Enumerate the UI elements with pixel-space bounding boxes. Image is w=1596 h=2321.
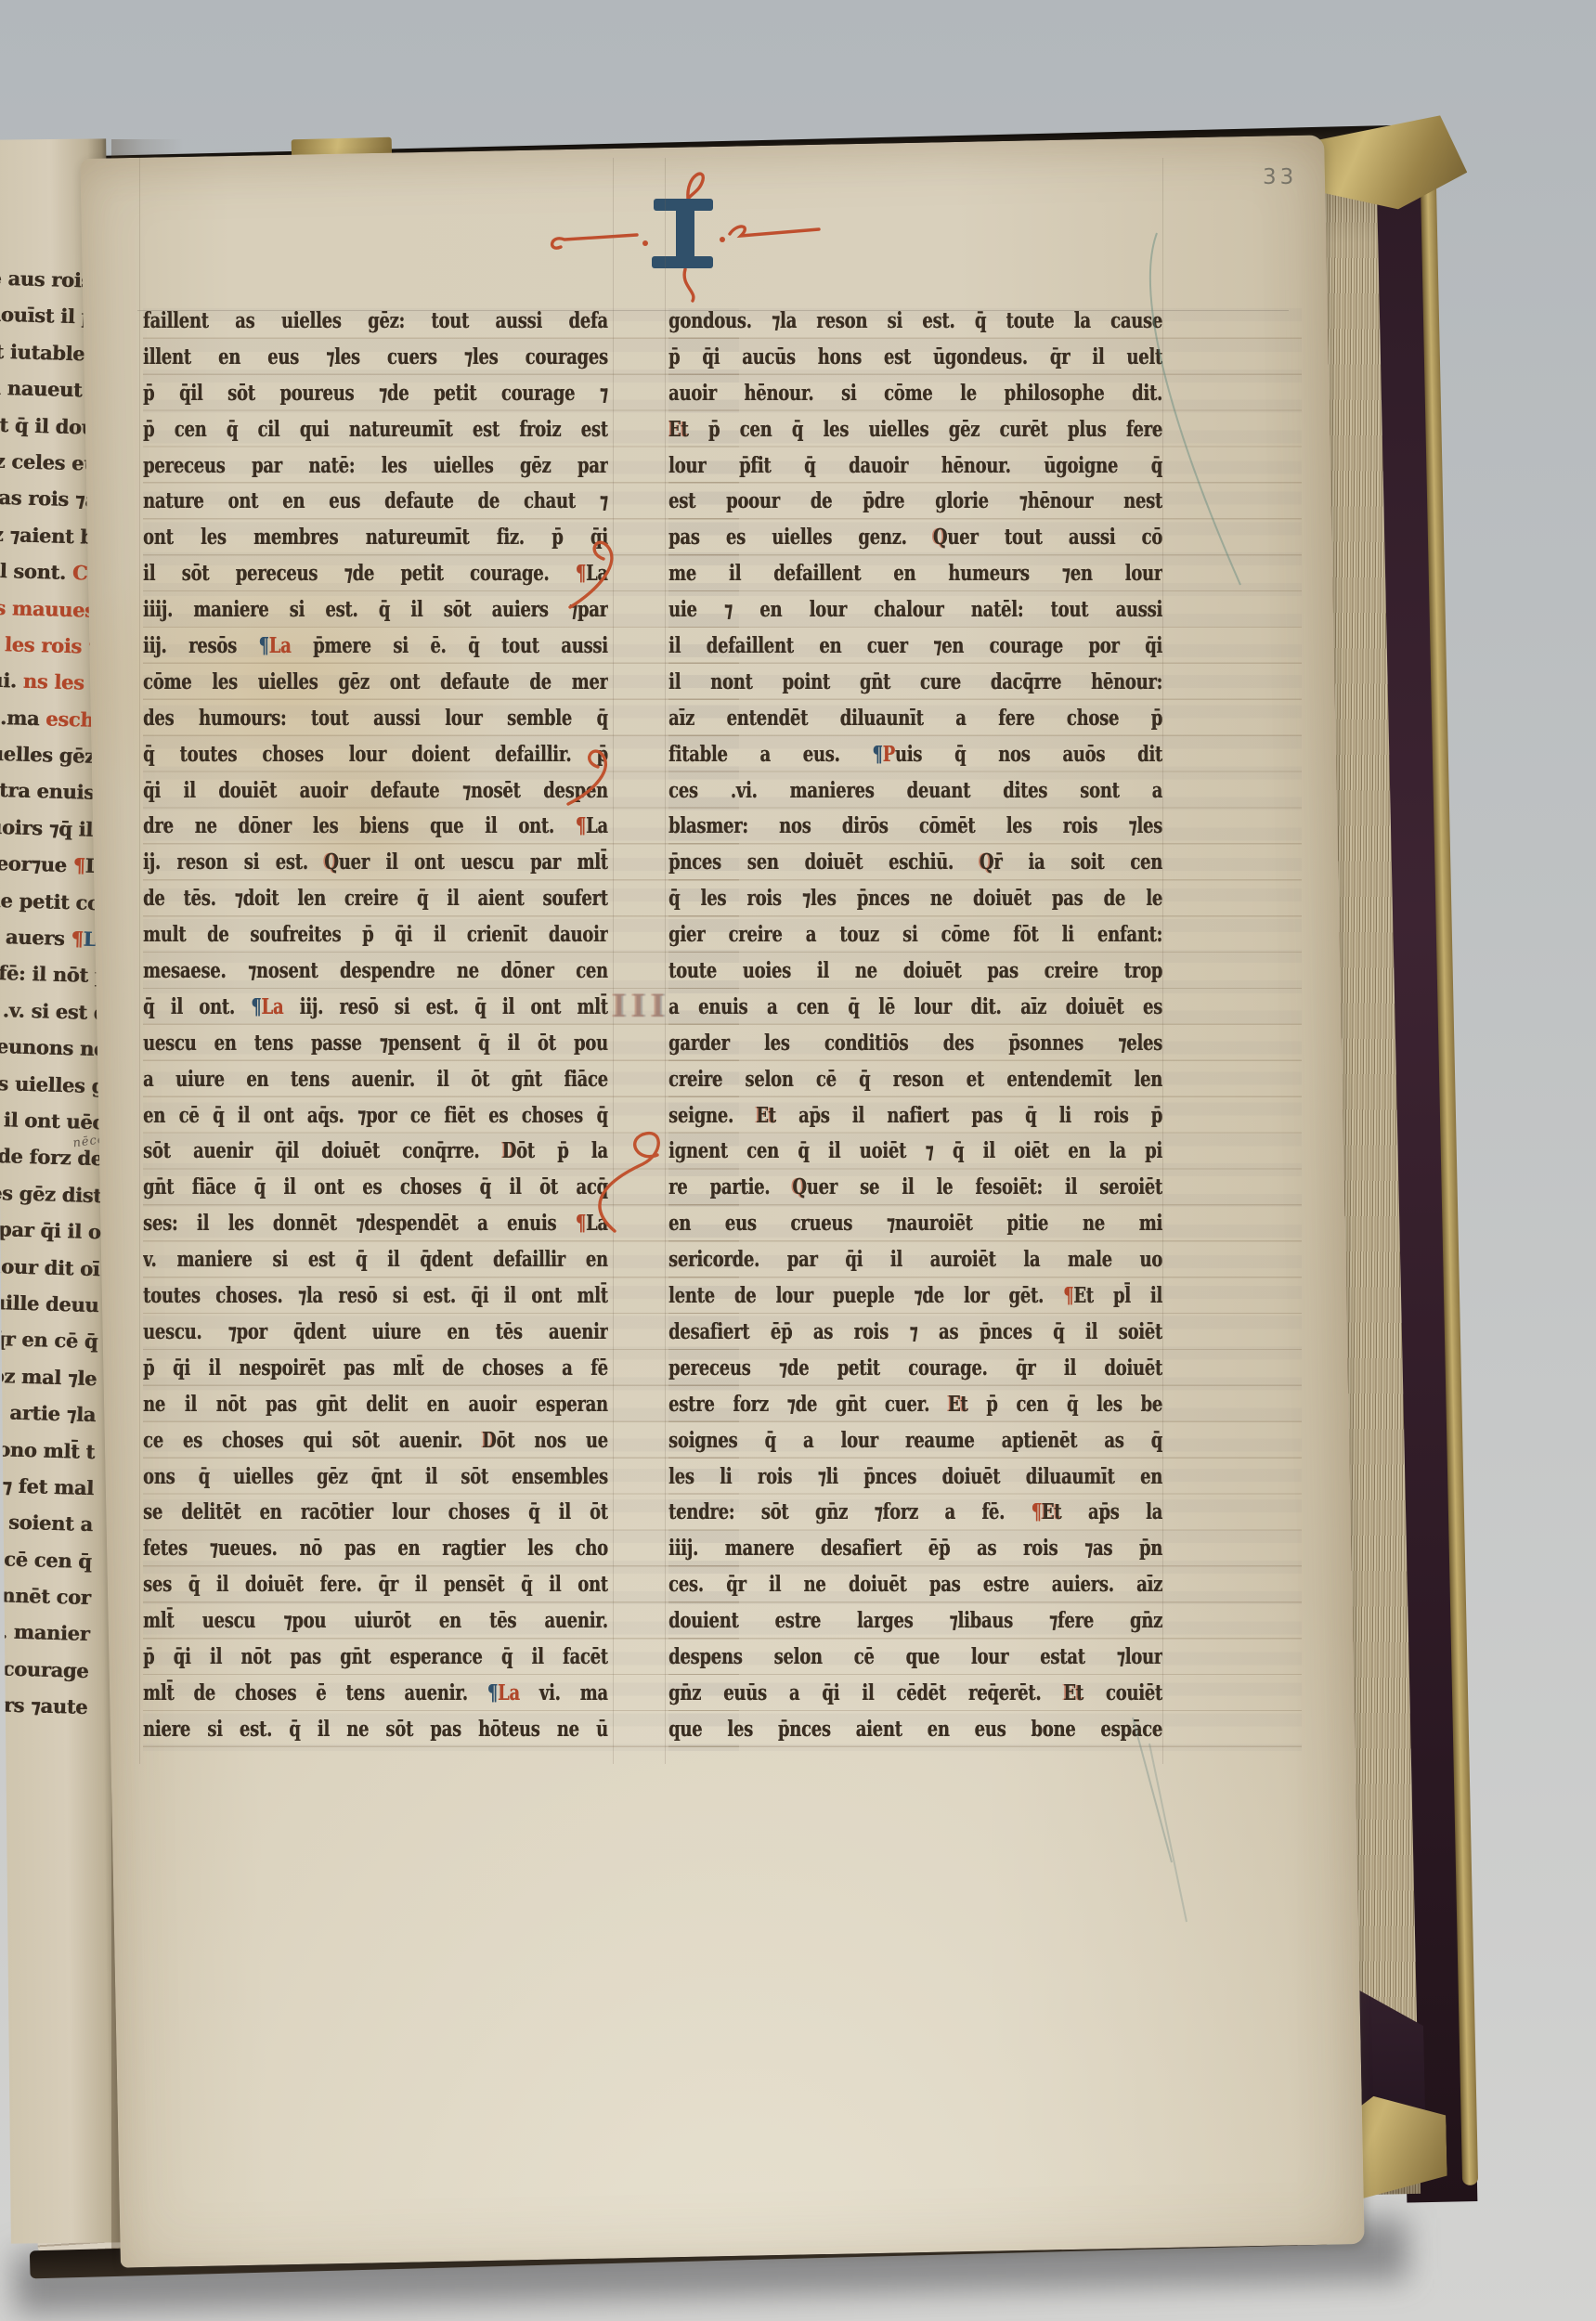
ink-text: mult de soufreites p̄ q̄i il crienīt dau… — [143, 922, 608, 947]
ink-text: nature ont en eus defaute de chaut ⁊ — [143, 488, 608, 513]
text-line: seigne. Et ap̄s il nafiert pas q̄ li roi… — [668, 1097, 1162, 1134]
ink-text: se p̄nnēt cor — [0, 1582, 91, 1609]
ink-text: ie il sont. — [0, 558, 72, 584]
red-ink-text: La — [498, 1680, 520, 1705]
ink-text: a uiure en tens auenir. il ōt gn̄t fiāce — [143, 1067, 608, 1092]
ink-text: ē lour dit oī — [0, 1253, 100, 1280]
text-line: ij. reson si est. Quer il ont uescu par … — [143, 844, 608, 880]
text-line: mesaese. ⁊nosent despendre ne dōner cen — [143, 953, 608, 989]
text-line: il sōt pereceus ⁊de petit courage. ¶La — [143, 555, 608, 591]
ink-text: mesaese. ⁊nosent despendre ne dōner cen — [143, 958, 608, 983]
ink-text: uer tout aussi cō — [947, 525, 1162, 550]
text-line: cōme les uielles gēz ont defaute de mer — [143, 664, 608, 700]
ink-text: uescu. ⁊por q̄dent uiure en tēs auenir — [143, 1319, 608, 1344]
ink-text: iiij. manere desafiert ēp̄ as rois ⁊as p… — [668, 1536, 1162, 1561]
ink-text: es par q̄i il o — [0, 1216, 101, 1243]
ink-text: que les p̄nces aient en eus bone espāce — [668, 1717, 1162, 1742]
text-line: ses q̄ il doiuēt fere. q̄r il pensēt q̄ … — [143, 1566, 608, 1602]
text-line: se delitēt en racōtier lour choses q̄ il… — [143, 1494, 608, 1530]
text-line: lente de lour pueple ⁊de lor gēt. ¶Et pl… — [668, 1277, 1162, 1314]
text-line: p̄ q̄i il nōt pas gn̄t esperance q̄ il f… — [143, 1639, 608, 1675]
ink-text: ces .vi. manieres deuant dites sont a — [668, 778, 1162, 803]
ink-text: toutes choses. ⁊la resō si est. q̄i il o… — [143, 1283, 608, 1308]
ink-text: p̄ q̄il sōt poureus ⁊de petit courage ⁊ — [143, 381, 608, 406]
red-touched-capital: Et — [668, 417, 688, 442]
ink-text: q̄i il douiēt auoir defaute ⁊nosēt despe… — [143, 778, 608, 803]
text-line: iiij. manere desafiert ēp̄ as rois ⁊as p… — [668, 1530, 1162, 1566]
text-line: pereceus par natē: les uielles gēz par — [143, 447, 608, 484]
text-line: ignent cen q̄ il uoiēt ⁊ q̄ il oiēt en l… — [668, 1133, 1162, 1169]
ink-text: en eus crueus ⁊nauroiēt pitie ne mi — [668, 1211, 1162, 1236]
ink-text: ne il nōt pas gn̄t delit en auoir espera… — [143, 1392, 608, 1417]
ink-text: cōme les uielles gēz ont defaute de mer — [143, 669, 608, 694]
red-ink-text: ¶ — [576, 1211, 586, 1236]
ink-text: u soient a — [0, 1510, 93, 1536]
red-ink-text: P — [883, 742, 895, 767]
red-ink-text: ¶ — [576, 561, 586, 586]
text-line: auoir hēnour. si cōme le philosophe dit. — [668, 375, 1162, 411]
ink-text: p̄ q̄i il nōt pas gn̄t esperance q̄ il f… — [143, 1644, 608, 1669]
text-line: en eus crueus ⁊nauroiēt pitie ne mi — [668, 1205, 1162, 1241]
text-line: aīz entendēt diluaunīt a fere chose p̄ — [668, 700, 1162, 736]
text-line: sōt auers ¶La — [0, 914, 110, 958]
red-touched-capital: Et — [1063, 1680, 1083, 1705]
ink-text: estre forz ⁊de gn̄t cuer. — [668, 1392, 948, 1417]
text-line: u soient a — [0, 1498, 93, 1543]
text-line: estre forz ⁊de gn̄t cuer. Et p̄ cen q̄ l… — [668, 1386, 1162, 1422]
ink-text: ont les membres natureumīt fiz. p̄ q̄i — [143, 525, 608, 550]
ink-text: sōt auers — [0, 924, 71, 950]
text-line: v. maniere si est q̄ il q̄dent defaillir… — [143, 1241, 608, 1277]
ink-text: : q̄r il ont uēc — [0, 1107, 104, 1134]
text-line: ces .vi. manieres deuant dites sont a — [668, 772, 1162, 809]
ink-text: eretra enuis — [0, 777, 101, 804]
folio-number: 33 — [1263, 165, 1328, 189]
text-line: gier creire a touz si cōme fōt li enfant… — [668, 916, 1162, 953]
ink-text: il nont point gn̄t cure dacq̄rre hēnour: — [668, 669, 1162, 694]
text-line: ces. q̄r il ne doiuēt pas estre auiers. … — [668, 1566, 1162, 1602]
text-line: toute uoies il ne doiuēt pas creire trop — [668, 953, 1162, 989]
ink-text: gondous. ⁊la reson si est. q̄ toute la c… — [668, 308, 1162, 333]
ink-text: sericorde. par q̄i il auroiēt la male uo — [668, 1247, 1162, 1272]
ink-text: tendre: sōt gn̄z ⁊forz a fē. — [668, 1499, 1032, 1524]
text-line: gn̄t fiāce q̄ il ont es choses q̄ il ōt … — [143, 1169, 608, 1205]
text-line: des humours: tout aussi lour semble q̄ — [143, 700, 608, 736]
red-touched-capital: Q — [324, 849, 338, 875]
ink-text: iij. resōs — [143, 633, 258, 658]
text-line: il nont point gn̄t cure dacq̄rre hēnour: — [668, 664, 1162, 700]
ink-text: il sōt pereceus ⁊de petit courage. — [143, 561, 576, 586]
text-line: niere si est. q̄ il ne sōt pas hōteus ne… — [143, 1711, 608, 1747]
ink-text: iij. resō si est. q̄ il ont mlt̄ — [283, 994, 608, 1019]
ink-text: re partie. — [668, 1174, 792, 1199]
red-ink-text: ¶ — [1032, 1499, 1042, 1524]
text-column-left: faillent as uielles gēz: tout aussi defa… — [143, 303, 739, 1751]
text-line: soignes q̄ a lour reaume aptienēt as q̄ — [668, 1422, 1162, 1459]
text-line: q̄ il ont. ¶La iij. resō si est. q̄ il o… — [143, 989, 608, 1025]
text-line: sericorde. par q̄i il auroiēt la male uo — [668, 1241, 1162, 1277]
ink-text: gier creire a touz si cōme fōt li enfant… — [668, 922, 1162, 947]
text-column-right: gondous. ⁊la reson si est. q̄ toute la c… — [668, 303, 1302, 1751]
ink-text: p̄ q̄i aucūs hons est ūgondeus. q̄r il u… — [668, 344, 1162, 370]
text-line: ont les membres natureumīt fiz. p̄ q̄i — [143, 519, 608, 555]
text-line: mult de soufreites p̄ q̄i il crienīt dau… — [143, 916, 608, 953]
ink-text: il defaillent en cuer ⁊en courage por q̄… — [668, 633, 1162, 658]
ink-text: p̄ cen q̄ les be — [967, 1392, 1162, 1417]
ink-text: soignes q̄ a lour reaume aptienēt as q̄ — [668, 1428, 1162, 1453]
text-line: illent en eus ⁊les cuers ⁊les courages — [143, 339, 608, 375]
blue-ink-text: ¶ — [872, 742, 882, 767]
ink-text: ap̄s la — [1061, 1499, 1162, 1524]
text-line: fetes ⁊ueues. nō pas en ragtier les cho — [143, 1530, 608, 1566]
red-touched-capital: Q — [792, 1174, 806, 1199]
ink-text: dre ne dōner les biens que il ont. — [143, 813, 576, 838]
ink-text: a peor⁊ue — [0, 850, 73, 876]
ink-text: uuille deuu — [0, 1290, 99, 1317]
ink-text: pereceus ⁊de petit courage. q̄r il doiuē… — [668, 1355, 1162, 1381]
ink-text: vi. ma — [520, 1680, 608, 1705]
ink-text: seigne. — [668, 1103, 756, 1128]
ink-text: sōt auenir q̄il doiuēt conq̄rre. — [143, 1138, 502, 1163]
text-line: iij. resōs ¶La p̄mere si ē. q̄ tout auss… — [143, 628, 608, 664]
ink-text: q̄ toutes choses lour doient defaillir. … — [143, 742, 608, 767]
ink-text: les li rois ⁊li p̄nces doiuēt diluaumīt … — [668, 1464, 1162, 1489]
red-touched-capital: D — [502, 1138, 516, 1163]
ink-text: q̄ les gēz dist — [0, 1180, 102, 1207]
red-ink-text: La — [261, 994, 283, 1019]
ink-text: blasmer: nos dirōs cōmēt les rois ⁊les — [668, 813, 1162, 838]
ink-text: couiēt — [1083, 1680, 1162, 1705]
ink-text: gn̄z euūs a q̄i il cēdēt req̄erēt. — [668, 1680, 1063, 1705]
red-ink-text: ¶ — [72, 854, 85, 877]
ink-text: gn̄t fiāce q̄ il ont es choses q̄ il ōt … — [143, 1174, 608, 1199]
ink-text: uer il ont uescu par mlt̄ — [339, 849, 608, 875]
text-line: p̄ q̄i il nespoirēt pas mlt̄ de choses a… — [143, 1350, 608, 1386]
ink-text: auoir hēnour. si cōme le philosophe dit. — [668, 381, 1162, 406]
red-ink-text: ¶ — [71, 927, 84, 950]
text-line: toutes choses. ⁊la resō si est. q̄i il o… — [143, 1277, 608, 1314]
ink-text: desafiert ēp̄ as rois ⁊ as p̄nces q̄ il … — [668, 1319, 1162, 1344]
text-line: q̄ les rois ⁊les p̄nces ne doiuēt pas de… — [668, 880, 1162, 916]
red-touched-capital: Et — [756, 1103, 775, 1128]
running-header-ornament — [546, 162, 824, 303]
ink-text: mours ⁊aute — [0, 1692, 88, 1718]
text-line: tendre: sōt gn̄z ⁊forz a fē. ¶Et ap̄s la — [668, 1494, 1162, 1530]
text-line: de tēs. ⁊doit len creire q̄ il aient sou… — [143, 880, 608, 916]
red-touched-capital: D — [482, 1428, 496, 1453]
vellum-page: 33 — [80, 135, 1364, 2267]
text-line: p̄ q̄il sōt poureus ⁊de petit courage ⁊ — [143, 375, 608, 411]
text-line: ses: il les donnēt ⁊despendēt a enuis ¶L… — [143, 1205, 608, 1241]
red-touched-capital: Q — [980, 849, 993, 875]
ink-text: se delitēt en racōtier lour choses q̄ il… — [143, 1499, 608, 1524]
ink-text: ōt p̄ la — [516, 1138, 608, 1163]
text-line: mlt̄ uescu ⁊pou uiurōt en tēs auenir. — [143, 1602, 608, 1639]
ink-text: p̄mere si ē. q̄ tout aussi — [291, 633, 607, 658]
text-line: en cē q̄ il ont aq̄s. ⁊por ce fiēt es ch… — [143, 1097, 608, 1134]
text-line: heunons ne — [0, 1023, 107, 1068]
text-line: pereceus ⁊de petit courage. q̄r il doiuē… — [668, 1350, 1162, 1386]
ink-text: ses q̄ il doiuēt fere. q̄r il pensēt q̄ … — [143, 1572, 608, 1597]
text-line: gondous. ⁊la reson si est. q̄ toute la c… — [668, 303, 1162, 339]
text-line: ce es choses qui sōt auenir. Dōt nos ue — [143, 1422, 608, 1459]
text-line: pas es uielles genz. Quer tout aussi cō — [668, 519, 1162, 555]
blue-ink-text: ¶ — [251, 994, 261, 1019]
text-line: blasmer: nos dirōs cōmēt les rois ⁊les — [668, 808, 1162, 844]
ink-text: ōt nos ue — [496, 1428, 607, 1453]
ink-text: ses: il les donnēt ⁊despendēt a enuis — [143, 1211, 576, 1236]
ink-text: ap̄s il nafiert pas q̄ li rois p̄ — [776, 1103, 1162, 1128]
text-line: t q̄r en cē q̄ — [0, 1316, 98, 1360]
gutter-show-through-numeral: III — [611, 988, 669, 1025]
ink-text: artie ⁊la — [9, 1401, 96, 1427]
text-line: gn̄z euūs a q̄i il cēdēt req̄erēt. Et co… — [668, 1675, 1162, 1711]
text-line: q̄i il douiēt auoir defaute ⁊nosēt despe… — [143, 772, 608, 809]
text-line: que les p̄nces aient en eus bone espāce — [668, 1711, 1162, 1747]
text-line: p̄ cen q̄ cil qui natureumīt est froiz e… — [143, 411, 608, 447]
ink-text: t q̄r en cē q̄ — [0, 1327, 98, 1354]
text-line: uie ⁊ en lour chalour natēl: tout aussi — [668, 591, 1162, 628]
text-line: il defaillent en cuer ⁊en courage por q̄… — [668, 628, 1162, 664]
text-line: sōt auenir q̄il doiuēt conq̄rre. Dōt p̄ … — [143, 1133, 608, 1169]
ink-text: mlt̄ de choses ē tens auenir. — [143, 1680, 487, 1705]
ink-text: garder les conditiōs des p̄sonnes ⁊eles — [668, 1031, 1162, 1056]
ruling-line-vertical — [139, 158, 140, 1764]
ink-text: niere si est. q̄ il ne sōt pas hōteus ne… — [143, 1717, 608, 1742]
ink-text: lour p̄fit q̄ dauoir hēnour. ūgoigne q̄ — [668, 453, 1162, 478]
text-line: Et p̄ cen q̄ les uielles gēz curēt plus … — [668, 411, 1162, 447]
text-line: dre ne dōner les biens que il ont. ¶La — [143, 808, 608, 844]
text-line: q̄ toutes choses lour doient defaillir. … — [143, 736, 608, 772]
ink-text: aīz entendēt diluaunīt a fere chose p̄ — [668, 706, 1162, 731]
ink-text: .v. si est q̄ — [0, 998, 107, 1024]
ink-text: La — [586, 813, 608, 838]
ink-text: p̄nces sen doiuēt eschiū. — [668, 849, 980, 875]
text-line: n doit fē: il nōt p — [0, 950, 109, 994]
text-line: les li rois ⁊li p̄nces doiuēt diluaumīt … — [668, 1459, 1162, 1495]
text-line: iiij. maniere si est. q̄ il sōt auiers ⁊… — [143, 591, 608, 628]
text-line: ons q̄ uielles gēz q̄nt il sōt ensembles — [143, 1459, 608, 1495]
red-ink-text: ¶ — [576, 813, 586, 838]
ink-text: p̄ q̄i il nespoirēt pas mlt̄ de choses a… — [143, 1355, 608, 1381]
text-line: nature ont en eus defaute de chaut ⁊ — [143, 483, 608, 519]
ink-text: n doit fē: il nōt p — [0, 959, 109, 987]
ink-text: uescu en tens passe ⁊pensent q̄ il ōt po… — [143, 1031, 608, 1056]
ink-text: douient estre larges ⁊libaus ⁊fere gn̄z — [668, 1608, 1162, 1633]
blue-ink-text: ¶ — [258, 633, 268, 658]
ink-text: uie ⁊ en lour chalour natēl: tout aussi — [668, 597, 1162, 622]
ink-text: s uelles gēz — [0, 741, 102, 768]
text-line: re partie. Quer se il le fesoiēt: il ser… — [668, 1169, 1162, 1205]
ink-text: ij. manier — [0, 1619, 90, 1645]
text-line: lour p̄fit q̄ dauoir hēnour. ūgoigne q̄ — [668, 447, 1162, 484]
ink-text: i.ij.lui. — [0, 668, 23, 693]
ink-text: p̄ cē cen q̄ — [0, 1547, 92, 1573]
ink-text: faillent as uielles gēz: tout aussi defa — [143, 308, 608, 333]
ink-text: ⁊ fet mal — [2, 1473, 94, 1499]
red-ink-text: ¶ — [1063, 1283, 1073, 1308]
ink-text: q̄ il ont. — [143, 994, 251, 1019]
text-line: creire selon cē q̄ reson et entendemīt l… — [668, 1061, 1162, 1097]
ink-text: mlt̄ uescu ⁊pou uiurōt en tēs auenir. — [143, 1608, 608, 1633]
text-line: me il defaillent en humeurs ⁊en lour — [668, 555, 1162, 591]
ink-text: toute uoies il ne doiuēt pas creire trop — [668, 958, 1162, 983]
ink-text: p̄ cen q̄ cil qui natureumīt est froiz e… — [143, 417, 608, 442]
red-touched-capital: Et — [948, 1392, 967, 1417]
ink-text: q̄ les rois ⁊les p̄nces ne doiuēt pas de… — [668, 886, 1162, 911]
ink-text: en cē q̄ il ont aq̄s. ⁊por ce fiēt es ch… — [143, 1103, 608, 1128]
ink-text: des humours: tout aussi lour semble q̄ — [143, 706, 608, 731]
text-line: ne il nōt pas gn̄t delit en auoir espera… — [143, 1386, 608, 1422]
ink-text: Et pl̄ il — [1073, 1283, 1162, 1308]
ink-text: uis q̄ nos auōs dit — [895, 742, 1162, 767]
ink-text: oz mal ⁊le — [0, 1364, 97, 1390]
ink-text: fitable a eus. — [668, 742, 872, 767]
ink-text: l les uielles g — [0, 1070, 105, 1097]
ink-text: r̄ ia soit cen — [993, 849, 1162, 875]
ink-text: est poour de p̄dre glorie ⁊hēnour nest — [668, 488, 1162, 513]
ink-text: de tēs. ⁊doit len creire q̄ il aient sou… — [143, 886, 608, 911]
red-ink-text: La — [269, 633, 292, 658]
ink-text: che.vi.ma — [0, 704, 46, 730]
text-line: faillent as uielles gēz: tout aussi defa — [143, 303, 608, 339]
text-line: garder les conditiōs des p̄sonnes ⁊eles — [668, 1025, 1162, 1061]
ink-text: ono mlt̄ t — [0, 1437, 95, 1463]
text-line: p̄ q̄i aucūs hons est ūgondeus. q̄r il u… — [668, 339, 1162, 375]
red-touched-capital: Q — [933, 525, 947, 550]
blue-ink-text: ¶ — [487, 1680, 498, 1705]
manuscript-photo: lē aus rois ⁊lent douīst il plussoiēt iu… — [0, 0, 1596, 2321]
ink-text: ij. reson si est. — [143, 849, 324, 875]
ink-text: heunons ne — [0, 1034, 106, 1061]
ink-text: p̄ cen q̄ les uielles gēz curēt plus fer… — [688, 417, 1161, 442]
text-line: uescu en tens passe ⁊pensent q̄ il ōt po… — [143, 1025, 608, 1061]
text-line: a enuis a cen q̄ lē lour dit. aīz doiuēt… — [668, 989, 1162, 1025]
ink-text: a enuis a cen q̄ lē lour dit. aīz doiuēt… — [668, 994, 1162, 1019]
text-line: uescu. ⁊por q̄dent uiure en tēs auenir — [143, 1314, 608, 1350]
page-surface: 33 — [100, 147, 1344, 2256]
ink-text: illent en eus ⁊les cuers ⁊les courages — [143, 344, 608, 370]
text-line: a uiure en tens auenir. il ōt gn̄t fiāce — [143, 1061, 608, 1097]
header-numeral-I — [652, 199, 713, 268]
text-line: mlt̄ de choses ē tens auenir. ¶La vi. ma — [143, 1675, 608, 1711]
text-line: desafiert ēp̄ as rois ⁊ as p̄nces q̄ il … — [668, 1314, 1162, 1350]
ink-text: fetes ⁊ueues. nō pas en ragtier les cho — [143, 1536, 608, 1561]
text-line: douient estre larges ⁊libaus ⁊fere gn̄z — [668, 1602, 1162, 1639]
text-line: es par q̄i il o — [0, 1206, 101, 1251]
ink-text: me il defaillent en humeurs ⁊en lour — [668, 561, 1162, 586]
ink-text: creire selon cē q̄ reson et entendemīt l… — [668, 1067, 1162, 1092]
ink-text: ce es choses qui sōt auenir. — [143, 1428, 482, 1453]
text-line: fitable a eus. ¶Puis q̄ nos auōs dit — [668, 736, 1162, 772]
ink-text: iiij. maniere si est. q̄ il sōt auiers ⁊… — [143, 597, 608, 622]
text-line: despens selon cē que lour estat ⁊lour — [668, 1639, 1162, 1675]
text-line: p̄nces sen doiuēt eschiū. Qr̄ ia soit ce… — [668, 844, 1162, 880]
ink-text: ignent cen q̄ il uoiēt ⁊ q̄ il oiēt en l… — [668, 1138, 1162, 1163]
ink-text: ces. q̄r il ne doiuēt pas estre auiers. … — [668, 1572, 1162, 1597]
ink-text: La — [586, 561, 608, 586]
ink-text: uer se il le fesoiēt: il seroiēt — [807, 1174, 1162, 1199]
ink-text: pereceus par natē: les uielles gēz par — [143, 453, 608, 478]
ink-text: v. maniere si est q̄ il q̄dent defaillir… — [143, 1247, 608, 1272]
ink-text: lente de lour pueple ⁊de lor gēt. — [668, 1283, 1063, 1308]
text-line: artie ⁊la — [0, 1389, 97, 1433]
ink-text: despens selon cē que lour estat ⁊lour — [668, 1644, 1162, 1669]
ink-text: pas es uielles genz. — [668, 525, 933, 550]
ink-text: petit courage — [0, 1655, 89, 1682]
ink-text: La — [586, 1211, 608, 1236]
ink-text: ons q̄ uielles gēz q̄nt il sōt ensembles — [143, 1464, 608, 1489]
red-touched-capital: Et — [1042, 1499, 1061, 1524]
text-line: est poour de p̄dre glorie ⁊hēnour nest — [668, 483, 1162, 519]
